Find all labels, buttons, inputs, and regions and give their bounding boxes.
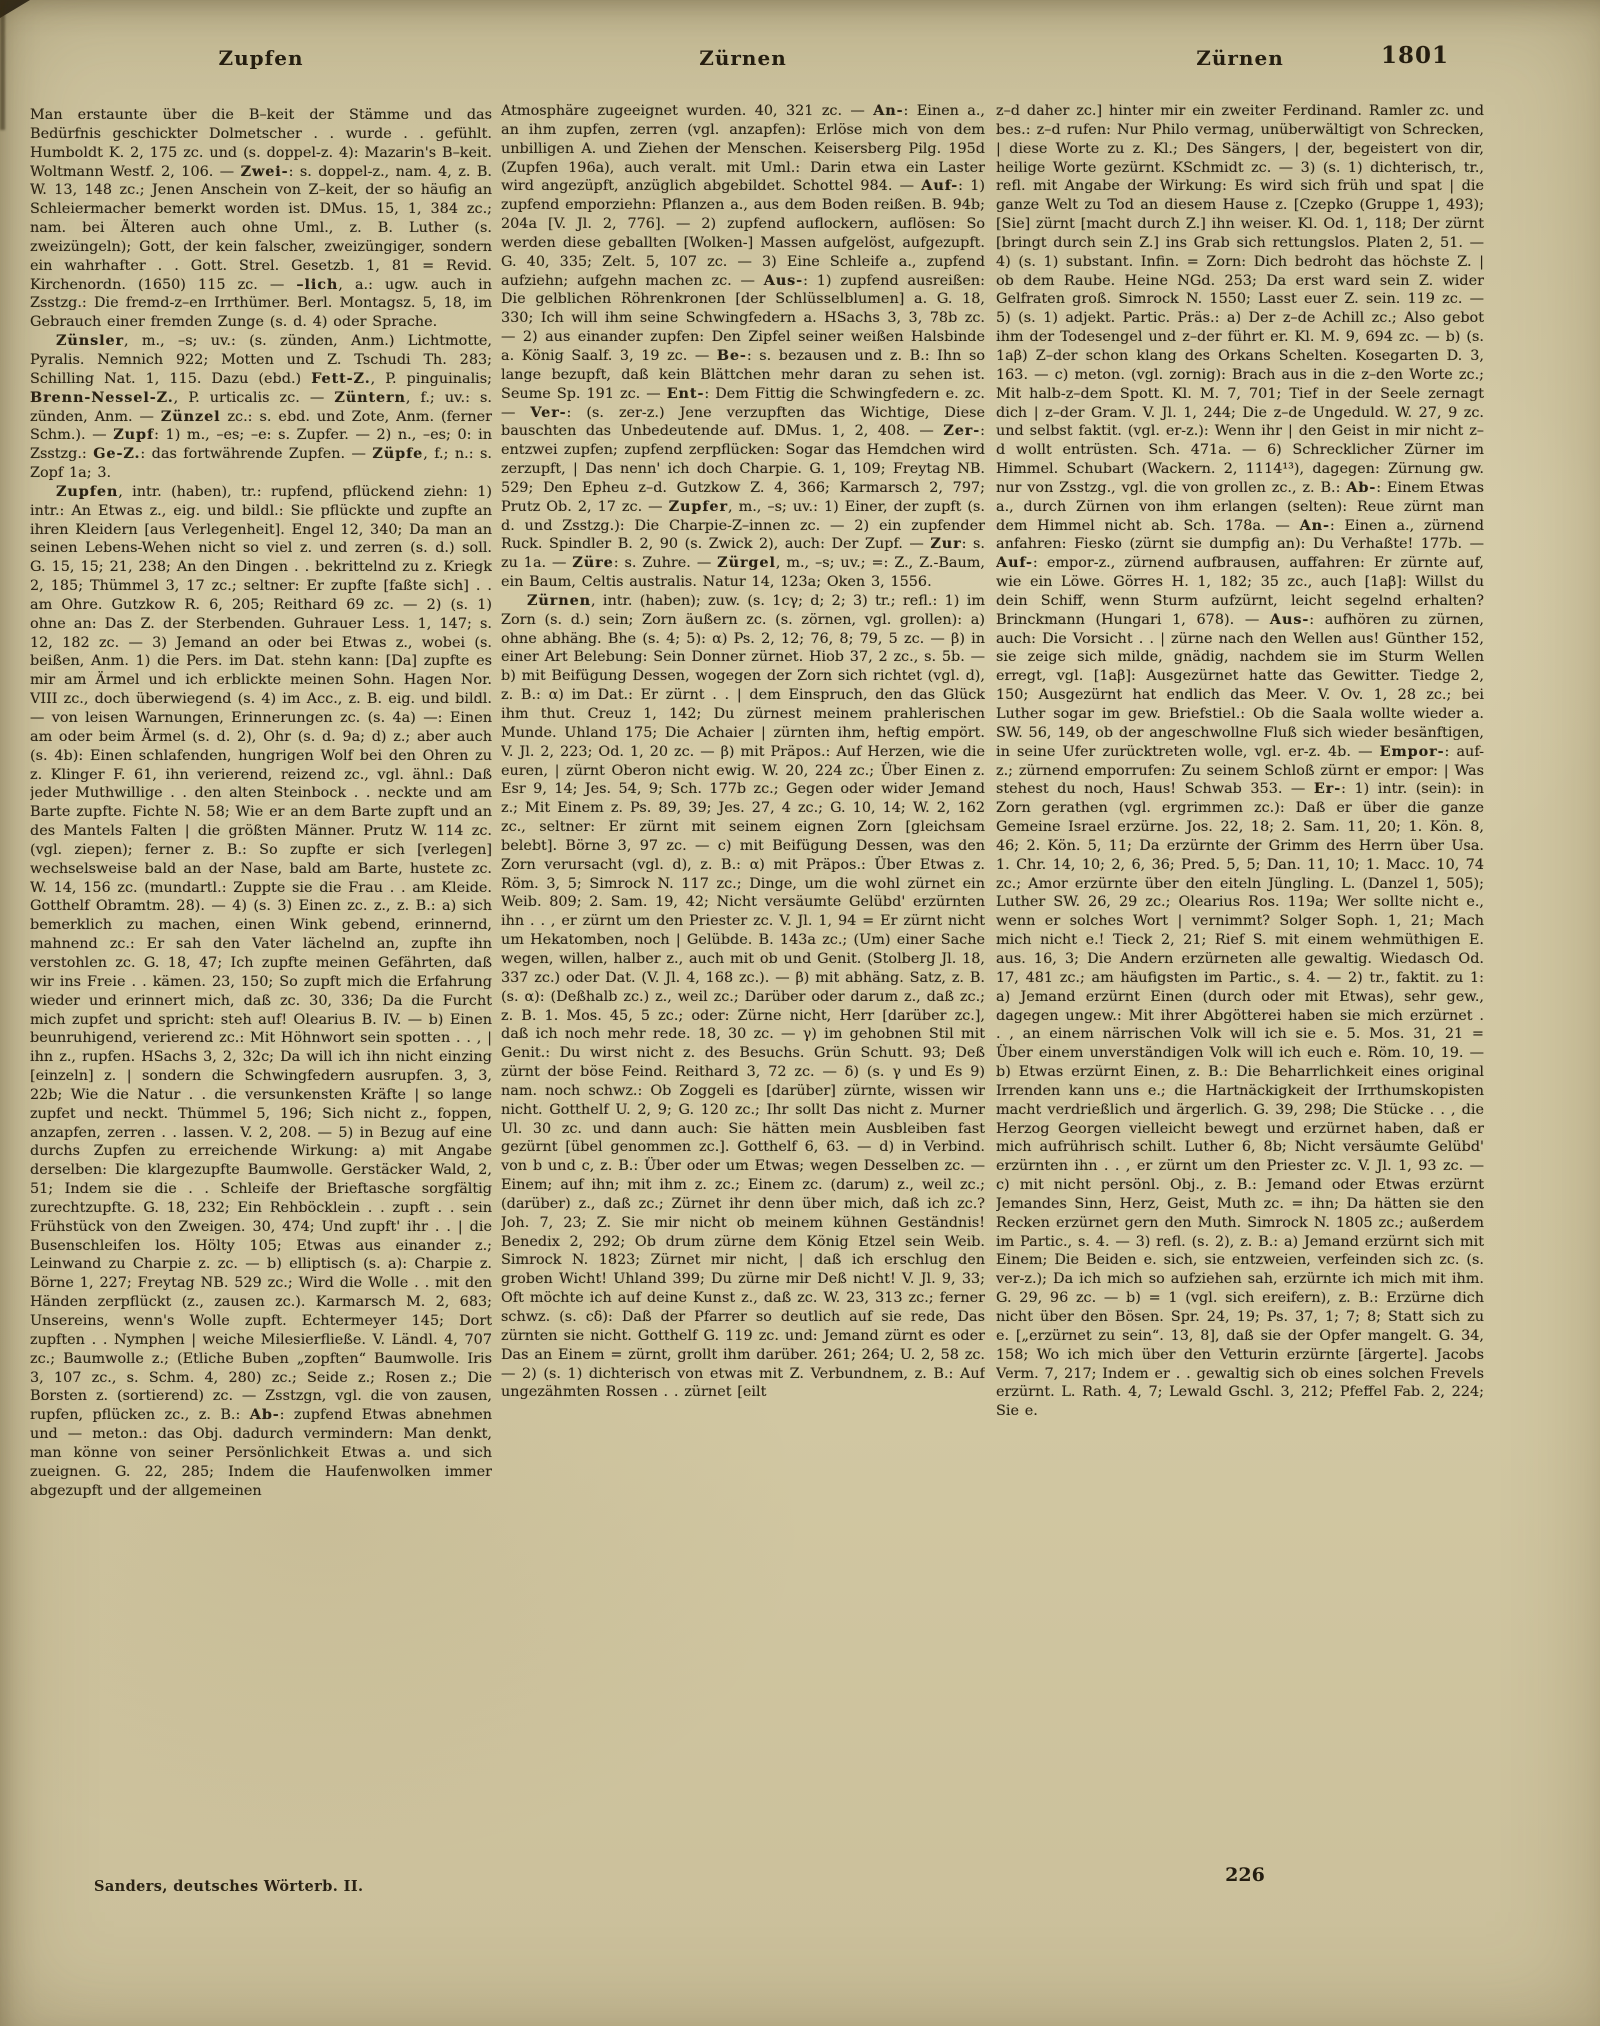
entry-text: : 1) intr. (sein): in Zorn gerathen (vgl… xyxy=(996,781,1484,1419)
entry-headword: Auf- xyxy=(921,177,958,194)
entry-text: Atmosphäre zugeeignet wurden. 40, 321 zc… xyxy=(501,103,873,119)
entry-headword: Ver- xyxy=(530,404,566,421)
page-number: 1801 xyxy=(1350,42,1480,69)
entry-headword: Ge-Z. xyxy=(93,445,140,462)
entry-headword: Zur xyxy=(930,535,961,552)
entry-headword: Zupfen xyxy=(56,483,118,500)
text-column-center: Atmosphäre zugeeignet wurden. 40, 321 zc… xyxy=(501,102,985,1894)
entry-text: : (s. zer-z.) Jene verzupften das Wichti… xyxy=(501,405,985,440)
entry-headword: Aus- xyxy=(1270,611,1309,628)
dictionary-paragraph: Zünsler, m., –s; uv.: (s. zünden, Anm.) … xyxy=(30,332,492,483)
entry-headword: Zwei- xyxy=(241,163,289,180)
entry-headword: Er- xyxy=(1314,780,1341,797)
entry-text: z–d daher zc.] hinter mir ein zweiter Fe… xyxy=(996,103,1484,496)
entry-headword: Zünzel xyxy=(161,408,221,425)
entry-headword: Zupf xyxy=(113,426,154,443)
entry-text: : aufhören zu zürnen, auch: Die Vorsicht… xyxy=(996,612,1484,760)
entry-text: : das fortwährende Zupfen. — xyxy=(140,446,372,462)
entry-headword: An- xyxy=(873,102,903,119)
entry-headword: Züntern xyxy=(334,389,406,406)
entry-headword: Fett-Z. xyxy=(311,370,370,387)
entry-headword: Zürgel xyxy=(717,554,776,571)
entry-headword: An- xyxy=(1300,517,1330,534)
entry-headword: Brenn-Nessel-Z. xyxy=(30,389,174,406)
entry-headword: Auf- xyxy=(996,554,1033,571)
entry-headword: Be- xyxy=(717,347,747,364)
entry-text: , P. urticalis zc. — xyxy=(174,390,335,406)
entry-text: , P. pinguinalis; xyxy=(371,371,492,387)
entry-headword: Zürnen xyxy=(527,592,591,609)
dictionary-paragraph: Atmosphäre zugeeignet wurden. 40, 321 zc… xyxy=(501,102,985,592)
text-column-left: Man erstaunte über die B–keit der Stämme… xyxy=(30,106,492,1898)
entry-headword: Ab- xyxy=(250,1406,280,1423)
entry-headword: Zupfer xyxy=(669,498,728,515)
entry-headword: Ent- xyxy=(667,385,705,402)
dictionary-paragraph: z–d daher zc.] hinter mir ein zweiter Fe… xyxy=(996,102,1484,1421)
volume-signature: Sanders, deutsches Wörterb. II. xyxy=(94,1878,363,1895)
entry-headword: –lich xyxy=(296,276,338,293)
entry-text: , intr. (haben); zuw. (s. 1cγ; d; 2; 3) … xyxy=(501,593,985,1400)
dictionary-paragraph: Zupfen, intr. (haben), tr.: rupfend, pfl… xyxy=(30,483,492,1501)
entry-text: : s. doppel-z., nam. 4, z. B. W. 13, 148… xyxy=(30,164,492,293)
entry-text: , intr. (haben), tr.: rupfend, pflückend… xyxy=(30,484,492,1423)
entry-headword: Ab- xyxy=(1346,479,1376,496)
sheet-number: 226 xyxy=(1200,1864,1290,1886)
running-title-left: Zupfen xyxy=(30,46,492,70)
dictionary-paragraph: Zürnen, intr. (haben); zuw. (s. 1cγ; d; … xyxy=(501,592,985,1402)
entry-headword: Zer- xyxy=(943,422,980,439)
entry-headword: Zünsler xyxy=(56,332,124,349)
dictionary-paragraph: Man erstaunte über die B–keit der Stämme… xyxy=(30,106,492,332)
text-column-right: z–d daher zc.] hinter mir ein zweiter Fe… xyxy=(996,102,1484,1894)
entry-text: : s. Zuhre. — xyxy=(614,555,717,571)
entry-headword: Aus- xyxy=(764,272,803,289)
running-title-center: Zürnen xyxy=(501,46,985,70)
entry-headword: Züre xyxy=(572,554,613,571)
entry-headword: Empor- xyxy=(1380,743,1445,760)
entry-headword: Züpfe xyxy=(372,445,423,462)
scan-artifact-edge xyxy=(0,0,5,130)
